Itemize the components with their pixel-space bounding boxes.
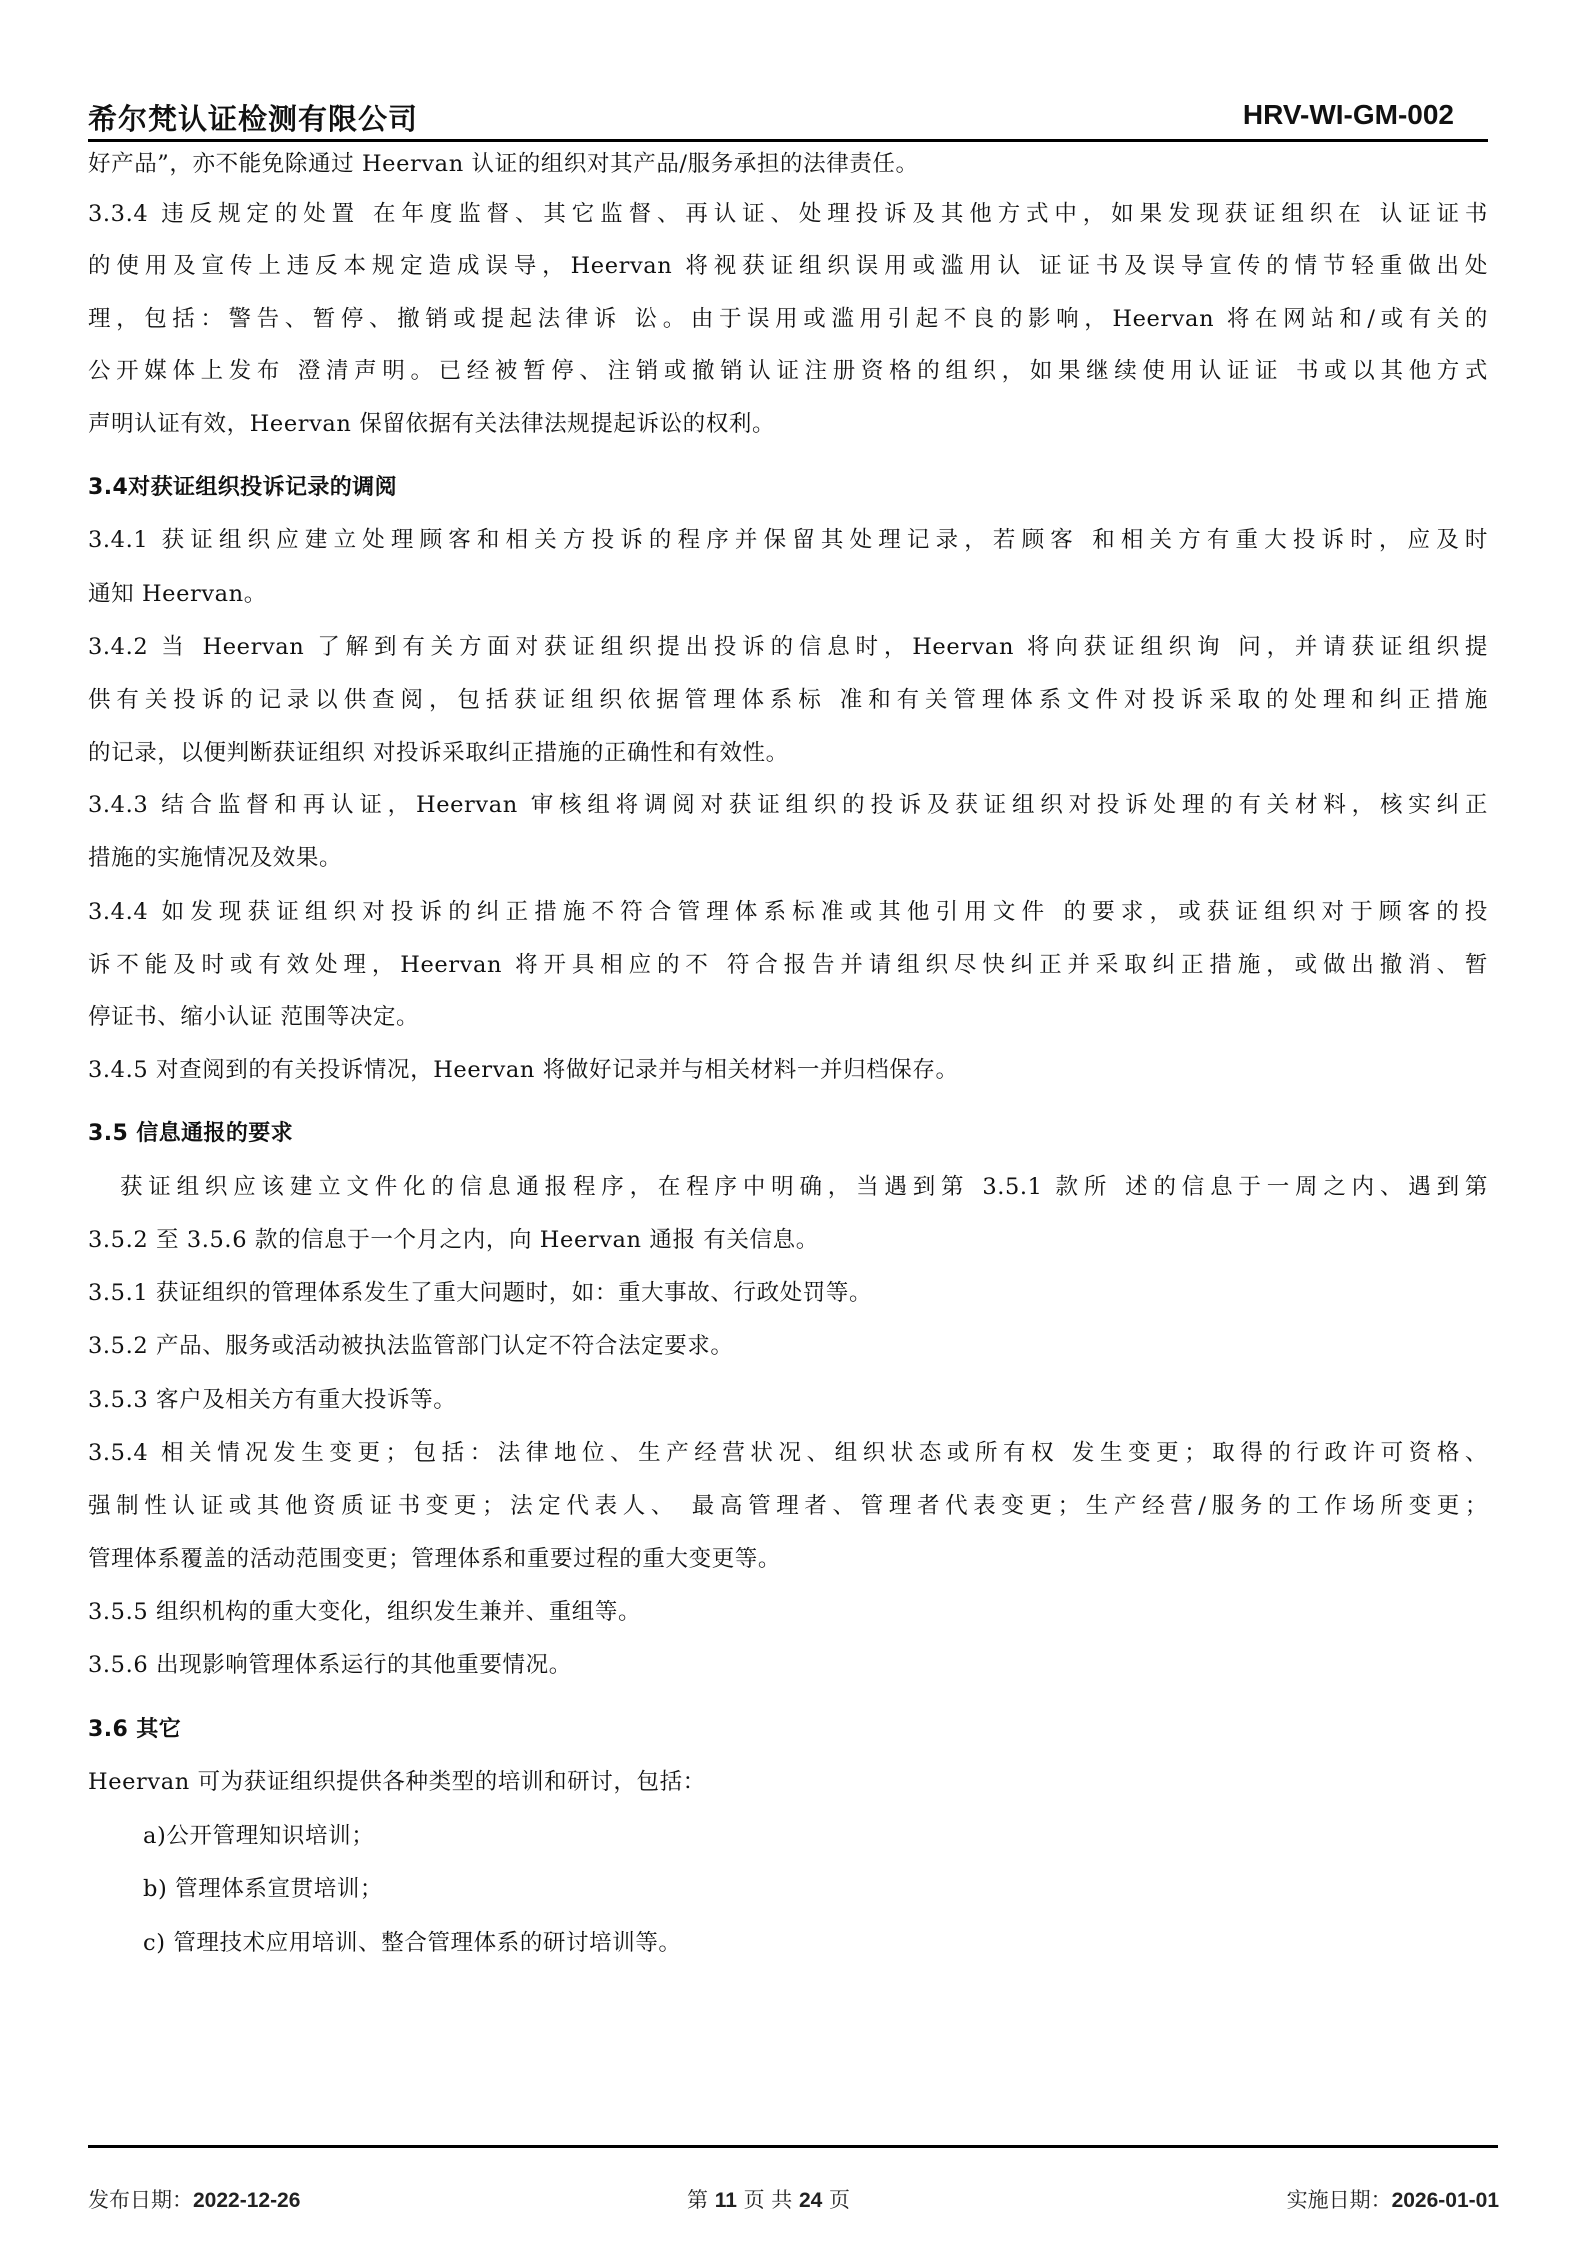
- clause-3-4-5-line: 3.4.5 对查阅到的有关投诉情况，Heervan 将做好记录并与相关材料一并归…: [88, 1055, 959, 1085]
- clause-3-4-2-line: 的记录，以便判断获证组织 对投诉采取纠正措施的正确性和有效性。: [88, 738, 789, 768]
- clause-3-5-6-line: 3.5.6 出现影响管理体系运行的其他重要情况。: [88, 1650, 572, 1680]
- section-3-5-intro-line: 获证组织应该建立文件化的信息通报程序，在程序中明确，当遇到第 3.5.1 款所 …: [120, 1172, 1488, 1202]
- footer-divider: [88, 2145, 1498, 2148]
- section-3-5-heading: 3.5 信息通报的要求: [88, 1119, 293, 1149]
- issue-date-label: 发布日期：: [88, 2188, 193, 2212]
- clause-3-3-4-line: 理，包括：警告、暂停、撤销或提起法律诉 讼。由于误用或滥用引起不良的影响，Hee…: [88, 304, 1488, 334]
- issue-date-value: 2022-12-26: [193, 2189, 300, 2212]
- page-suffix: 页: [829, 2188, 850, 2212]
- section-3-5-intro-line: 3.5.2 至 3.5.6 款的信息于一个月之内，向 Heervan 通报 有关…: [88, 1225, 819, 1255]
- clause-3-4-4-line: 3.4.4 如发现获证组织对投诉的纠正措施不符合管理体系标准或其他引用文件 的要…: [88, 897, 1488, 927]
- clause-3-4-2-line: 供有关投诉的记录以供查阅，包括获证组织依据管理体系标 准和有关管理体系文件对投诉…: [88, 685, 1488, 715]
- effective-date: 实施日期：2026-01-01: [1287, 2184, 1499, 2214]
- page-number: 第 11 页 共 24 页: [687, 2184, 850, 2214]
- clause-3-3-4-line: 的使用及宣传上违反本规定造成误导，Heervan 将视获证组织误用或滥用认 证证…: [88, 251, 1488, 281]
- clause-3-4-1-line: 通知 Heervan。: [88, 579, 267, 609]
- clause-3-4-4-line: 诉不能及时或有效处理，Heervan 将开具相应的不 符合报告并请组织尽快纠正并…: [88, 950, 1488, 980]
- header-divider: [88, 139, 1488, 142]
- page-total: 24: [799, 2189, 822, 2212]
- clause-3-5-4-line: 强制性认证或其他资质证书变更；法定代表人、 最高管理者、管理者代表变更；生产经营…: [88, 1491, 1488, 1521]
- clause-3-5-5-line: 3.5.5 组织机构的重大变化，组织发生兼并、重组等。: [88, 1597, 641, 1627]
- clause-3-3-4-line: 声明认证有效，Heervan 保留依据有关法律法规提起诉讼的权利。: [88, 409, 775, 439]
- issue-date: 发布日期：2022-12-26: [88, 2184, 300, 2214]
- section-3-6-intro: Heervan 可为获证组织提供各种类型的培训和研讨，包括：: [88, 1767, 706, 1797]
- page-prefix: 第: [687, 2188, 708, 2212]
- clause-3-5-3-line: 3.5.3 客户及相关方有重大投诉等。: [88, 1385, 456, 1415]
- page-current: 11: [715, 2189, 737, 2212]
- section-3-4-heading: 3.4对获证组织投诉记录的调阅: [88, 473, 397, 503]
- clause-3-4-1-line: 3.4.1 获证组织应建立处理顾客和相关方投诉的程序并保留其处理记录，若顾客 和…: [88, 525, 1488, 555]
- continuation-line: 好产品”，亦不能免除通过 Heervan 认证的组织对其产品/服务承担的法律责任…: [88, 149, 919, 179]
- clause-3-3-4-line: 公开媒体上发布 澄清声明。已经被暂停、注销或撤销认证注册资格的组织，如果继续使用…: [88, 356, 1488, 386]
- training-list-item: b) 管理体系宣贯培训；: [143, 1874, 383, 1904]
- clause-3-3-4-line: 3.3.4 违反规定的处置 在年度监督、其它监督、再认证、处理投诉及其他方式中，…: [88, 199, 1488, 229]
- document-page: 希尔梵认证检测有限公司 HRV-WI-GM-002 好产品”，亦不能免除通过 H…: [0, 0, 1589, 2245]
- training-list-item: a)公开管理知识培训；: [143, 1821, 374, 1851]
- clause-3-5-1-line: 3.5.1 获证组织的管理体系发生了重大问题时，如：重大事故、行政处罚等。: [88, 1278, 872, 1308]
- section-3-6-heading: 3.6 其它: [88, 1715, 181, 1745]
- clause-3-4-3-line: 3.4.3 结合监督和再认证，Heervan 审核组将调阅对获证组织的投诉及获证…: [88, 790, 1488, 820]
- clause-3-4-3-line: 措施的实施情况及效果。: [88, 843, 342, 873]
- clause-3-4-2-line: 3.4.2 当 Heervan 了解到有关方面对获证组织提出投诉的信息时，Hee…: [88, 632, 1488, 662]
- clause-3-5-2-line: 3.5.2 产品、服务或活动被执法监管部门认定不符合法定要求。: [88, 1331, 734, 1361]
- training-list-item: c) 管理技术应用培训、整合管理体系的研讨培训等。: [143, 1928, 682, 1958]
- clause-3-4-4-line: 停证书、缩小认证 范围等决定。: [88, 1002, 419, 1032]
- company-name: 希尔梵认证检测有限公司: [88, 97, 418, 138]
- clause-3-5-4-line: 管理体系覆盖的活动范围变更；管理体系和重要过程的重大变更等。: [88, 1544, 781, 1574]
- page-mid: 页 共: [744, 2188, 793, 2212]
- effective-date-label: 实施日期：: [1287, 2188, 1392, 2212]
- clause-3-5-4-line: 3.5.4 相关情况发生变更；包括：法律地位、生产经营状况、组织状态或所有权 发…: [88, 1438, 1488, 1468]
- document-code: HRV-WI-GM-002: [1243, 99, 1454, 131]
- effective-date-value: 2026-01-01: [1392, 2189, 1499, 2212]
